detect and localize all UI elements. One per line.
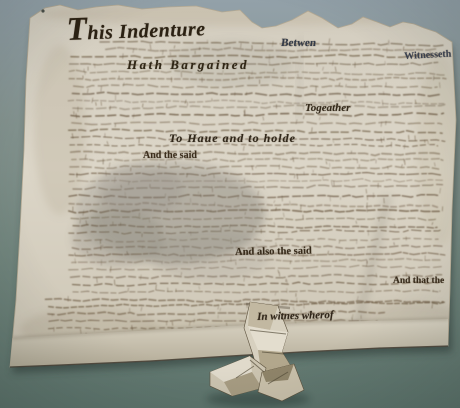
- engrossed-phrase-and-the-said: And the said: [143, 150, 197, 161]
- engrossed-phrase-togeather: Togeather: [305, 102, 350, 114]
- engrossed-phrase-in-witnes: In witnes wherof: [257, 309, 334, 323]
- engrossed-phrase-betwen: Betwen: [280, 37, 317, 49]
- photo-of-parchment-indenture: This Indenture Betwen Witnesseth Hath Ba…: [0, 0, 460, 408]
- engrossed-phrase-to-haue: To Haue and to holde: [169, 131, 296, 146]
- engrossed-phrase-and-that: And that the: [393, 276, 444, 286]
- engrossed-phrase-opening: This Indenture: [66, 7, 206, 49]
- engrossed-phrase-and-also: And also the said: [235, 246, 312, 258]
- engrossed-phrase-hath-bargained: Hath Bargained: [127, 57, 249, 73]
